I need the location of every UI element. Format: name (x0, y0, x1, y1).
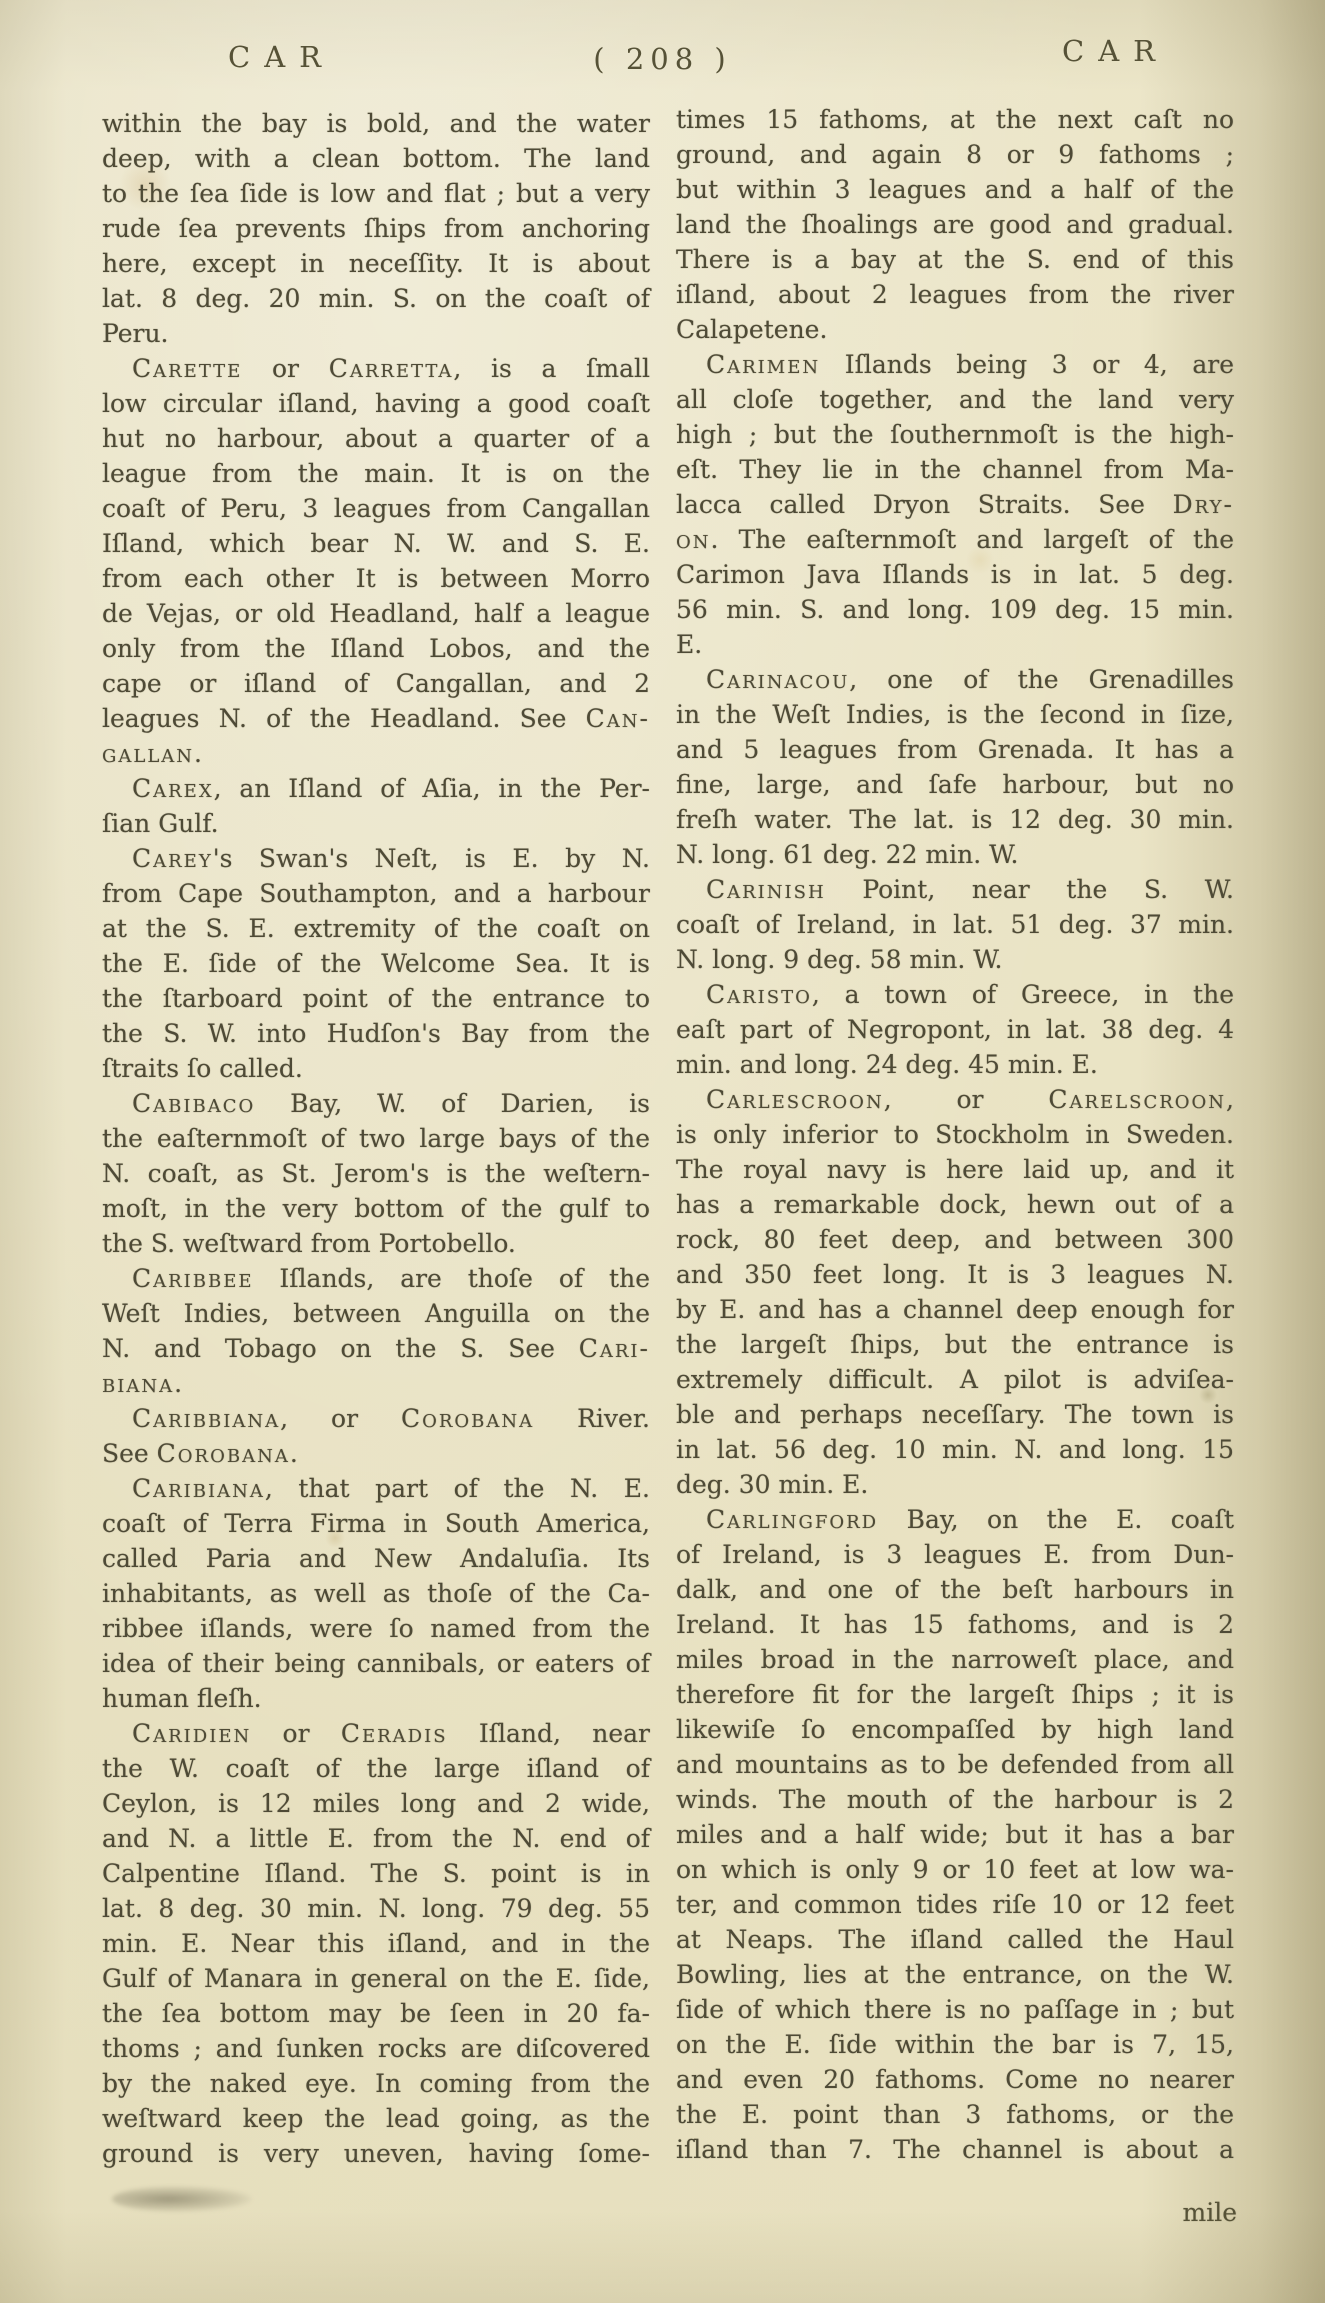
entry-headword: Carey (132, 844, 213, 873)
text-line: idea of their being cannibals, or eaters… (102, 1646, 650, 1681)
entry-headword: Ceradis (341, 1719, 448, 1748)
text-line: biana. (102, 1366, 650, 1401)
text-line: N. and Tobago on the S. See Cari- (102, 1331, 650, 1366)
text-line: the S. weſtward from Portobello. (102, 1226, 650, 1261)
text-line: ble and perhaps neceſſary. The town is (676, 1397, 1234, 1432)
text-line: here, except in neceſſity. It is about (102, 246, 650, 281)
entry-headword: Carimen (706, 350, 820, 379)
text-line: Caribbiana, or Corobana River. (102, 1401, 650, 1436)
entry-headword: Cabibaco (132, 1089, 255, 1118)
text-line: dalk, and one of the beſt harbours in (676, 1572, 1234, 1607)
text-line: high ; but the ſouthernmoſt is the high- (676, 417, 1234, 452)
text-line: ter, and common tides riſe 10 or 12 feet (676, 1887, 1234, 1922)
text-line: therefore fit for the largeſt ſhips ; it… (676, 1677, 1234, 1712)
text-line: the ſea bottom may be ſeen in 20 fa- (102, 1996, 650, 2031)
paragraph: Carinish Point, near the S. W.coaſt of I… (676, 872, 1234, 977)
text-line: Calapetene. (676, 312, 1234, 347)
paragraph: Caridien or Ceradis Iſland, nearthe W. c… (102, 1716, 650, 2171)
text-line: extremely difficult. A pilot is adviſea- (676, 1362, 1234, 1397)
text-line: min. and long. 24 deg. 45 min. E. (676, 1047, 1234, 1082)
text-line: coaſt of Ireland, in lat. 51 deg. 37 min… (676, 907, 1234, 942)
text-line: de Vejas, or old Headland, half a league (102, 596, 650, 631)
text-line: likewiſe ſo encompaſſed by high land (676, 1712, 1234, 1747)
paragraph: Caribbee Iſlands, are thoſe of theWeſt I… (102, 1261, 650, 1401)
text-line: Caridien or Ceradis Iſland, near (102, 1716, 650, 1751)
text-line: and mountains as to be defended from all (676, 1747, 1234, 1782)
text-line: freſh water. The lat. is 12 deg. 30 min. (676, 802, 1234, 837)
text-line: all cloſe together, and the land very (676, 382, 1234, 417)
text-line: on the E. ſide within the bar is 7, 15, (676, 2027, 1234, 2062)
text-line: but within 3 leagues and a half of the (676, 172, 1234, 207)
text-line: Caribbee Iſlands, are thoſe of the (102, 1261, 650, 1296)
text-line: thoms ; and ſunken rocks are diſcovered (102, 2031, 650, 2066)
text-line: and 5 leagues from Grenada. It has a (676, 732, 1234, 767)
text-line: leagues N. of the Headland. See Can- (102, 701, 650, 736)
text-line: to the ſea ſide is low and flat ; but a … (102, 176, 650, 211)
text-line: the E. ſide of the Welcome Sea. It is (102, 946, 650, 981)
text-line: iſland than 7. The channel is about a (676, 2132, 1234, 2167)
text-line: Carlingford Bay, on the E. coaſt (676, 1502, 1234, 1537)
text-line: low circular iſland, having a good coaſt (102, 386, 650, 421)
text-line: rude ſea prevents ſhips from anchoring (102, 211, 650, 246)
text-line: See Corobana. (102, 1436, 650, 1471)
entry-headword: on (676, 525, 711, 554)
column-right: times 15 fathoms, at the next caſt nogro… (676, 102, 1234, 2167)
entry-headword: Carette (132, 354, 242, 383)
paragraph: Caristo, a town of Greece, in theeaſt pa… (676, 977, 1234, 1082)
text-line: Caribiana, that part of the N. E. (102, 1471, 650, 1506)
paragraph: times 15 fathoms, at the next caſt nogro… (676, 102, 1234, 347)
text-line: the E. point than 3 fathoms, or the (676, 2097, 1234, 2132)
text-line: gallan. (102, 736, 650, 771)
text-line: inhabitants, as well as thoſe of the Ca- (102, 1576, 650, 1611)
text-line: Cabibaco Bay, W. of Darien, is (102, 1086, 650, 1121)
header-right-title: CAR (1062, 34, 1169, 68)
text-line: on. The eaſternmoſt and largeſt of the (676, 522, 1234, 557)
paragraph: Carinacou, one of the Grenadillesin the … (676, 662, 1234, 872)
text-line: and N. a little E. from the N. end of (102, 1821, 650, 1856)
text-line: weſtward keep the lead going, as the (102, 2101, 650, 2136)
text-line: eaſt part of Negropont, in lat. 38 deg. … (676, 1012, 1234, 1047)
paragraph: Cabibaco Bay, W. of Darien, isthe eaſter… (102, 1086, 650, 1261)
text-line: by E. and has a channel deep enough for (676, 1292, 1234, 1327)
paragraph: Carey's Swan's Neſt, is E. by N.from Cap… (102, 841, 650, 1086)
text-line: at the S. E. extremity of the coaſt on (102, 911, 650, 946)
text-line: ſide of which there is no paſſage in ; b… (676, 1992, 1234, 2027)
text-line: the eaſternmoſt of two large bays of the (102, 1121, 650, 1156)
text-line: rock, 80 feet deep, and between 300 (676, 1222, 1234, 1257)
paragraph: Carlingford Bay, on the E. coaſtof Irela… (676, 1502, 1234, 2167)
text-line: by the naked eye. In coming from the (102, 2066, 650, 2101)
entry-headword: Corobana (401, 1404, 534, 1433)
text-line: Iſland, which bear N. W. and S. E. (102, 526, 650, 561)
text-line: Carex, an Iſland of Aſia, in the Per- (102, 771, 650, 806)
entry-headword: Cari- (579, 1334, 650, 1363)
text-line: the W. coaſt of the large iſland of (102, 1751, 650, 1786)
text-line: fine, large, and ſafe harbour, but no (676, 767, 1234, 802)
text-line: coaſt of Terra Firma in South America, (102, 1506, 650, 1541)
catchword: mile (1183, 2198, 1238, 2227)
text-line: There is a bay at the S. end of this (676, 242, 1234, 277)
text-line: coaſt of Peru, 3 leagues from Cangallan (102, 491, 650, 526)
entry-headword: Carlingford (706, 1505, 878, 1534)
paragraph: Caribbiana, or Corobana River.See Coroba… (102, 1401, 650, 1471)
text-line: E. (676, 627, 1234, 662)
text-line: miles and a half wide; but it has a bar (676, 1817, 1234, 1852)
text-line: lat. 8 deg. 20 min. S. on the coaſt of (102, 281, 650, 316)
text-line: league from the main. It is on the (102, 456, 650, 491)
text-line: the S. W. into Hudſon's Bay from the (102, 1016, 650, 1051)
entry-headword: Carex (132, 774, 214, 803)
text-line: Ireland. It has 15 fathoms, and is 2 (676, 1607, 1234, 1642)
text-line: the largeſt ſhips, but the entrance is (676, 1327, 1234, 1362)
text-line: cape or iſland of Cangallan, and 2 (102, 666, 650, 701)
text-line: ground, and again 8 or 9 fathoms ; (676, 137, 1234, 172)
entry-headword: Carinish (706, 875, 826, 904)
text-line: in lat. 56 deg. 10 min. N. and long. 15 (676, 1432, 1234, 1467)
text-line: Carimen Iſlands being 3 or 4, are (676, 347, 1234, 382)
entry-headword: Carlescroon (706, 1085, 884, 1114)
text-line: Peru. (102, 316, 650, 351)
entry-headword: Dry- (1173, 490, 1234, 519)
paragraph: Carimen Iſlands being 3 or 4, areall clo… (676, 347, 1234, 662)
entry-headword: Carretta (329, 354, 454, 383)
text-line: hut no harbour, about a quarter of a (102, 421, 650, 456)
paragraph: Carex, an Iſland of Aſia, in the Per-ſia… (102, 771, 650, 841)
text-line: The royal navy is here laid up, and it (676, 1152, 1234, 1187)
text-line: deep, with a clean bottom. The land (102, 141, 650, 176)
text-line: and 350 feet long. It is 3 leagues N. (676, 1257, 1234, 1292)
text-line: is only inferior to Stockholm in Sweden. (676, 1117, 1234, 1152)
text-line: called Paria and New Andaluſia. Its (102, 1541, 650, 1576)
text-line: winds. The mouth of the harbour is 2 (676, 1782, 1234, 1817)
text-line: N. long. 61 deg. 22 min. W. (676, 837, 1234, 872)
text-line: Carinacou, one of the Grenadilles (676, 662, 1234, 697)
entry-headword: Carelscroon (1048, 1085, 1226, 1114)
paragraph: Caribiana, that part of the N. E.coaſt o… (102, 1471, 650, 1716)
text-line: Carlescroon, or Carelscroon, (676, 1082, 1234, 1117)
text-line: lacca called Dryon Straits. See Dry- (676, 487, 1234, 522)
text-line: Caristo, a town of Greece, in the (676, 977, 1234, 1012)
text-line: from each other It is between Morro (102, 561, 650, 596)
entry-headword: Caridien (132, 1719, 251, 1748)
text-line: ribbee iſlands, were ſo named from the (102, 1611, 650, 1646)
text-line: ſtraits ſo called. (102, 1051, 650, 1086)
running-head: CAR ( 208 ) CAR (0, 0, 1325, 90)
text-line: iſland, about 2 leagues from the river (676, 277, 1234, 312)
text-line: Carey's Swan's Neſt, is E. by N. (102, 841, 650, 876)
entry-headword: Caribbiana (132, 1404, 280, 1433)
entry-headword: Caristo (706, 980, 812, 1009)
entry-headword: biana (102, 1369, 174, 1398)
text-line: ground is very uneven, having ſome- (102, 2136, 650, 2171)
entry-headword: Caribbee (132, 1264, 254, 1293)
text-line: within the bay is bold, and the water (102, 106, 650, 141)
entry-headword: gallan (102, 739, 194, 768)
entry-headword: Can- (586, 704, 650, 733)
paragraph: Carette or Carretta, is a ſmalllow circu… (102, 351, 650, 771)
paragraph: Carlescroon, or Carelscroon,is only infe… (676, 1082, 1234, 1502)
text-line: miles broad in the narroweſt place, and (676, 1642, 1234, 1677)
book-page: CAR ( 208 ) CAR within the bay is bold, … (0, 0, 1325, 2303)
ink-smudge (112, 2186, 252, 2212)
text-line: eſt. They lie in the channel from Ma- (676, 452, 1234, 487)
text-line: deg. 30 min. E. (676, 1467, 1234, 1502)
text-line: on which is only 9 or 10 feet at low wa- (676, 1852, 1234, 1887)
text-line: Carimon Java Iſlands is in lat. 5 deg. (676, 557, 1234, 592)
text-line: only from the Iſland Lobos, and the (102, 631, 650, 666)
text-line: ſian Gulf. (102, 806, 650, 841)
text-line: has a remarkable dock, hewn out of a (676, 1187, 1234, 1222)
text-line: human fleſh. (102, 1681, 650, 1716)
entry-headword: Corobana (157, 1439, 290, 1468)
text-line: Calpentine Iſland. The S. point is in (102, 1856, 650, 1891)
text-line: Gulf of Manara in general on the E. ſide… (102, 1961, 650, 1996)
text-line: min. E. Near this iſland, and in the (102, 1926, 650, 1961)
text-line: at Neaps. The iſland called the Haul (676, 1922, 1234, 1957)
entry-headword: Caribiana (132, 1474, 265, 1503)
text-line: the ſtarboard point of the entrance to (102, 981, 650, 1016)
paragraph: within the bay is bold, and the waterdee… (102, 106, 650, 351)
text-line: times 15 fathoms, at the next caſt no (676, 102, 1234, 137)
text-line: N. coaſt, as St. Jerom's is the weſtern- (102, 1156, 650, 1191)
text-line: moſt, in the very bottom of the gulf to (102, 1191, 650, 1226)
entry-headword: Carinacou (706, 665, 849, 694)
text-line: land the ſhoalings are good and gradual. (676, 207, 1234, 242)
text-line: Carinish Point, near the S. W. (676, 872, 1234, 907)
text-line: from Cape Southampton, and a harbour (102, 876, 650, 911)
text-line: Ceylon, is 12 miles long and 2 wide, (102, 1786, 650, 1821)
text-line: N. long. 9 deg. 58 min. W. (676, 942, 1234, 977)
text-line: of Ireland, is 3 leagues E. from Dun- (676, 1537, 1234, 1572)
text-line: Carette or Carretta, is a ſmall (102, 351, 650, 386)
text-line: 56 min. S. and long. 109 deg. 15 min. (676, 592, 1234, 627)
text-line: in the Weſt Indies, is the ſecond in ſiz… (676, 697, 1234, 732)
text-line: lat. 8 deg. 30 min. N. long. 79 deg. 55 (102, 1891, 650, 1926)
text-line: Bowling, lies at the entrance, on the W. (676, 1957, 1234, 1992)
text-line: Weſt Indies, between Anguilla on the (102, 1296, 650, 1331)
column-left: within the bay is bold, and the waterdee… (102, 106, 650, 2171)
text-line: and even 20 fathoms. Come no nearer (676, 2062, 1234, 2097)
